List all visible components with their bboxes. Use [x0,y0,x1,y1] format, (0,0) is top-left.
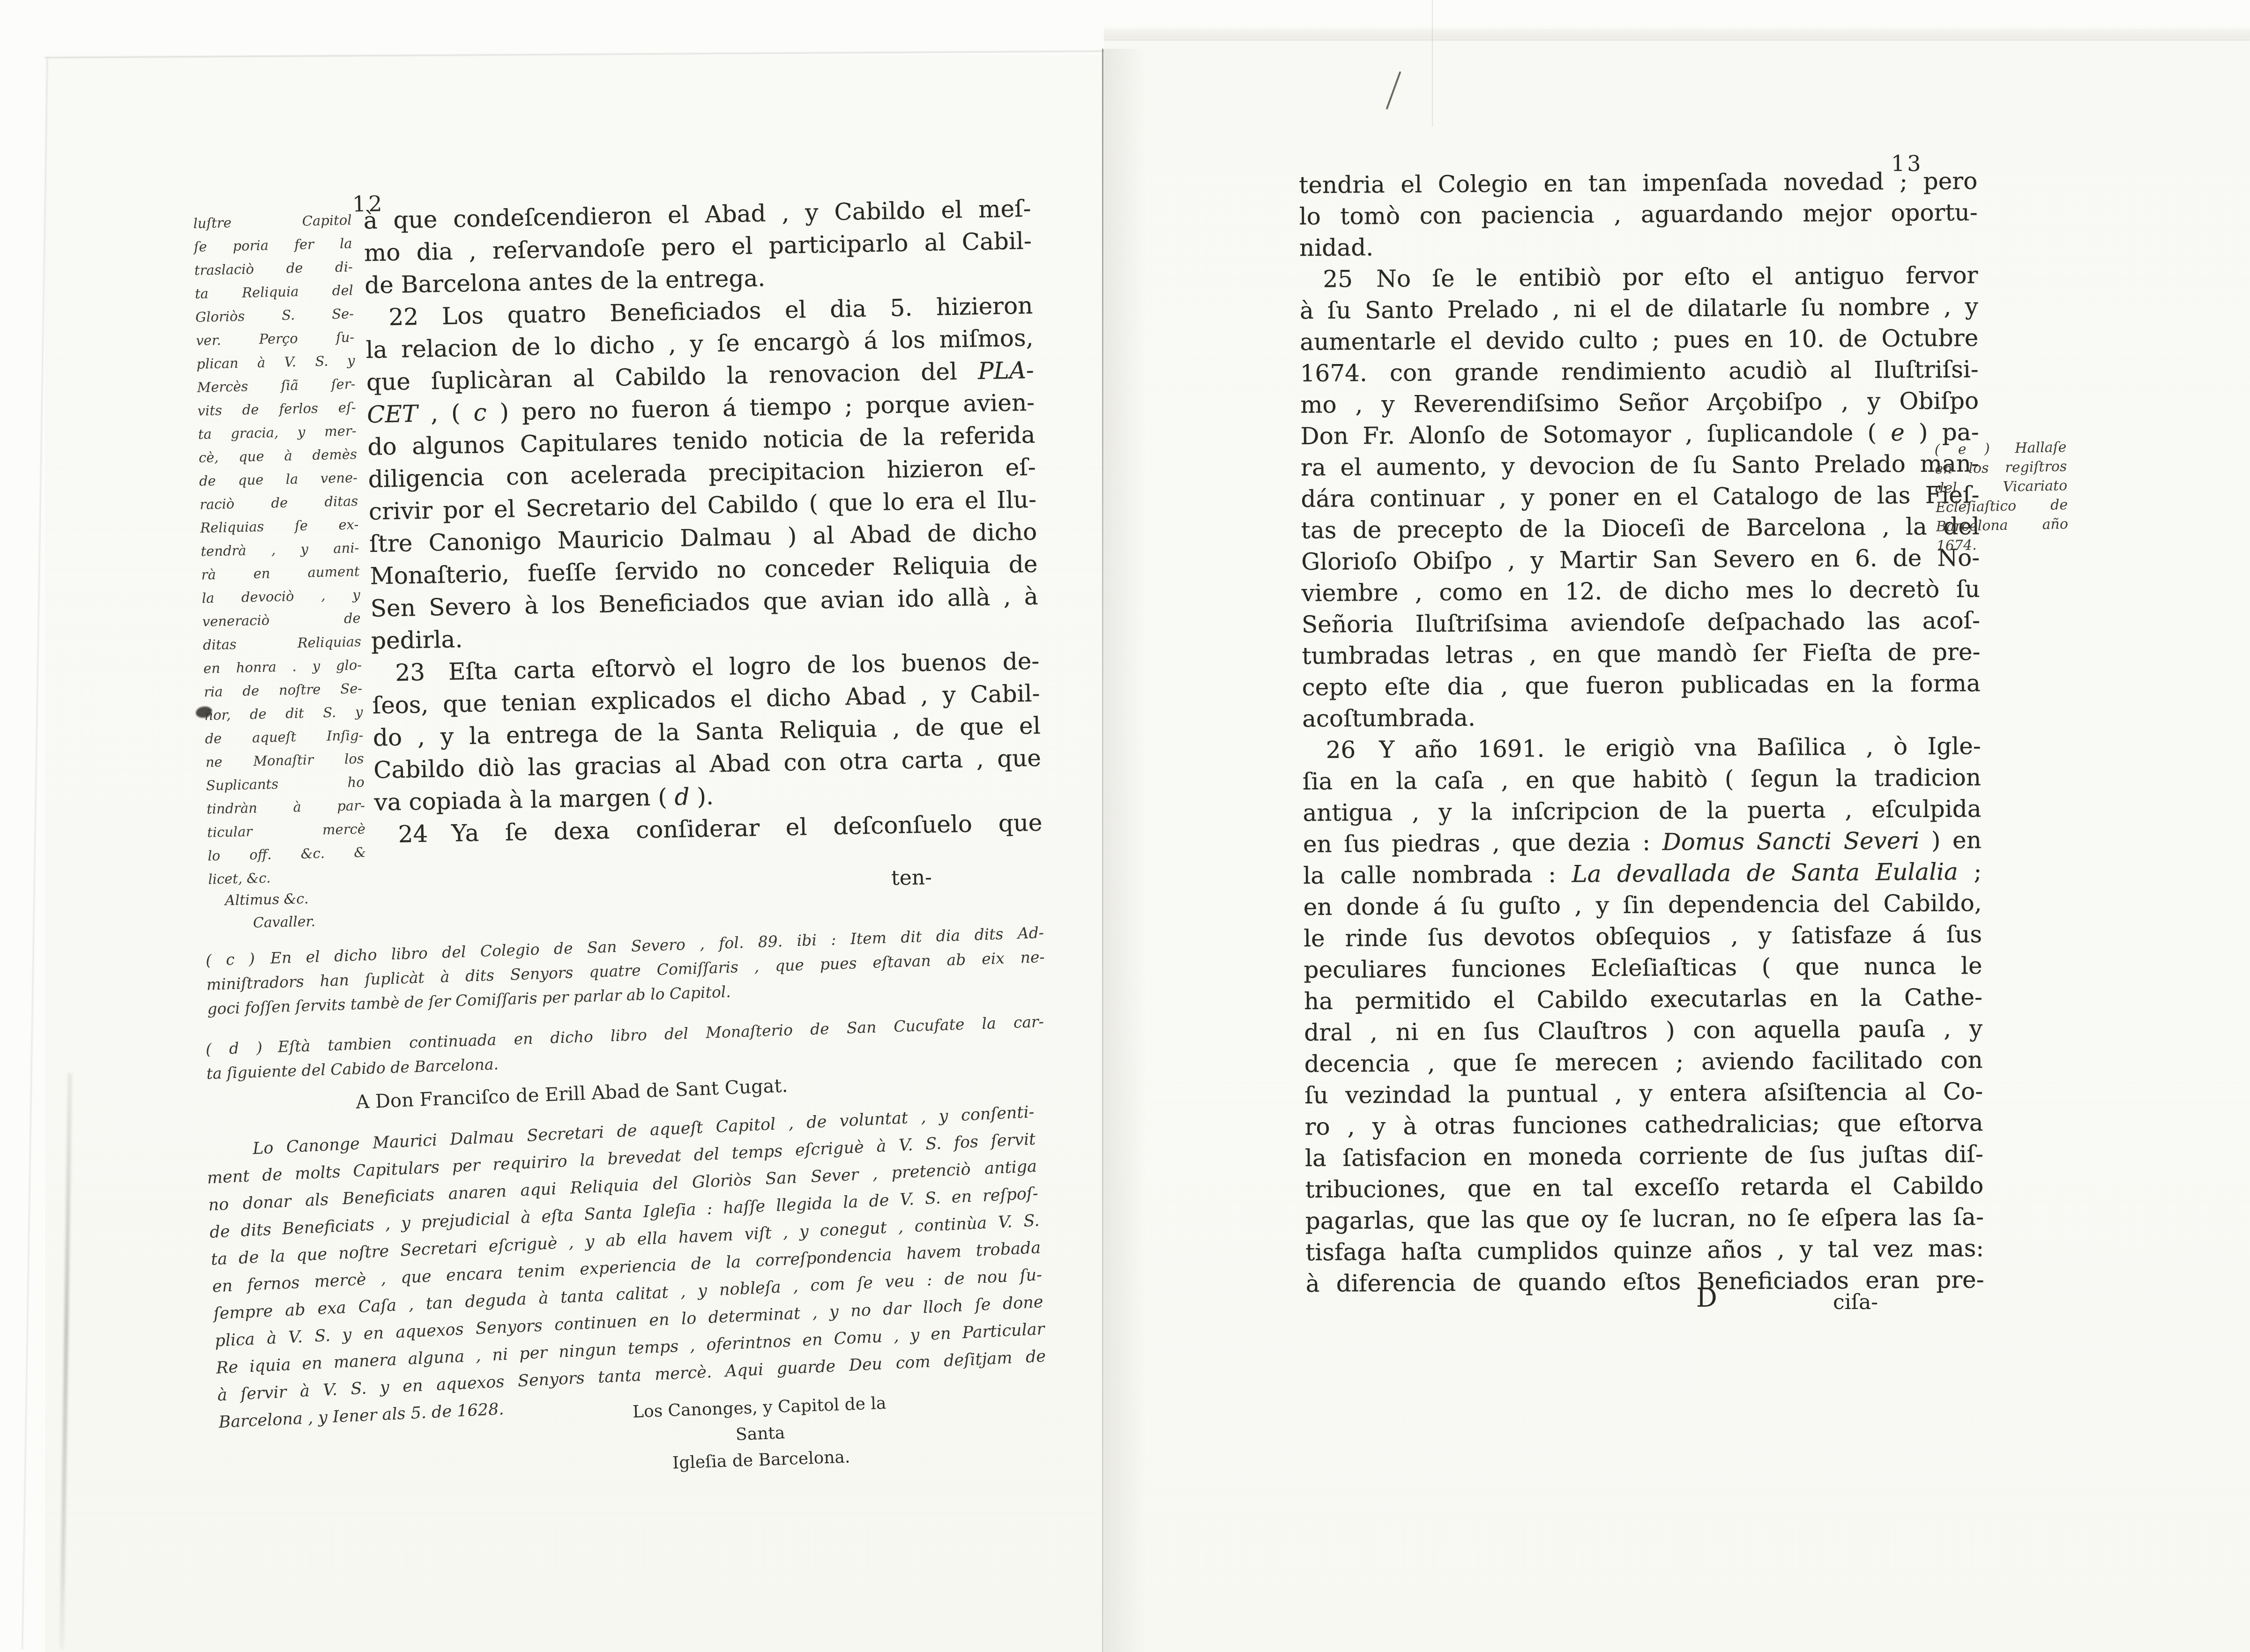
catchword-right: ciſa- [1833,1290,1878,1314]
text-line: 1674. [1936,534,2069,556]
gutter-fold-line [1102,49,1103,1652]
left-page-left-edge [22,59,48,1650]
text-line: Gloriòs S. Se- [195,302,354,329]
right-page-top-band [1104,24,2250,38]
text-line: en ſus piedras , que dezia : Domus Sanct… [1303,825,1982,860]
text-line: plican à V. S. y [196,349,355,376]
text-line: del Vicariato [1935,476,2068,498]
text-line: vits de ferlos eſ- [197,395,356,423]
text-line: de aqueſt Inſig- [205,723,364,751]
text-line: à diferencia de quando eſtos Beneficiado… [1305,1264,1984,1300]
main-text-left: à que condeſcendieron el Abad , y Cabild… [363,193,1043,851]
text-line: peculiares funciones Ecleſiaſticas ( que… [1304,950,1982,986]
main-text-right: tendria el Colegio en tan impenſada nove… [1299,165,1984,1300]
left-page-top-edge [45,51,1104,58]
text-line: Reliquias ſe ex- [200,513,359,540]
text-line: ne Monaſtir los [205,747,364,774]
gathering-signature-mark: D [1696,1283,1717,1313]
text-line: tendrà , y ani- [201,536,359,563]
text-line: viembre , como en 12. de dicho mes lo de… [1301,573,1980,609]
letter-signature: Los Canonges, y Capitol de la SantaIgleſ… [611,1390,909,1479]
text-line: Barcelona año [1936,514,2068,536]
text-line: nidad. [1299,228,1978,264]
text-line: veneraciò de [202,606,361,633]
text-line: cè, que à demès [198,442,357,469]
text-line: raciò de ditas [200,489,358,516]
margin-note-left: luſtre Capitolſe poria fer latraslaciò d… [193,208,367,891]
text-line: la devociò , y [201,583,360,610]
text-line: lo tomò con paciencia , aguardando mejor… [1299,197,1977,232]
text-line: ( e ) Hallaſe [1934,438,2067,460]
scratch-mark [1386,71,1401,110]
book-scan: 12 luſtre Capitolſe poria fer latraslaci… [0,0,2250,1652]
footnote-c: ( c ) En el dicho libro del Colegio de S… [205,921,1046,1021]
text-line: 26 Y año 1691. le erigiò vna Baſilica , … [1302,730,1981,766]
text-line: en honra . y glo- [203,653,362,680]
text-line: licet, &c. [208,864,367,891]
text-line: Los Canonges, y Capitol de la Santa [611,1390,909,1452]
text-line: tindràn à par- [206,794,365,821]
text-line: ſu vezindad la puntual , y entera aſsiſt… [1304,1076,1983,1111]
text-line: Glorioſo Obiſpo , y Martir San Severo en… [1301,542,1980,578]
text-line: à ſu Santo Prelado , ni el de dilatarle … [1300,291,1978,327]
text-line: tendria el Colegio en tan impenſada nove… [1299,165,1977,201]
text-line: de que la vene- [199,466,358,493]
text-line: ha permitido el Cabildo executarlas en l… [1304,982,1982,1017]
text-line: ta Reliquia del [194,278,353,305]
text-line: 25 No ſe le entibiò por eſto el antiguo … [1299,260,1978,295]
margin-note-right: ( e ) Hallaſeen los regiſtrosdel Vicaria… [1934,438,2069,556]
margin-note-closing: Cavaller. [253,913,316,931]
text-line: Ecleſiaſtico de [1936,495,2068,517]
scan-artifact-line [1432,0,1433,127]
left-page-edge-smudge [60,1073,72,1649]
text-line: ro , y à otras funciones cathedralicias;… [1304,1107,1983,1143]
text-line: Suplicants ho [206,770,365,797]
letter-body: Lo Canonge Maurici Dalmau Secretari de a… [205,1099,1048,1436]
text-line: ver. Perço ſu- [196,325,355,352]
text-line: ta gracia, y mer- [198,419,357,446]
text-line: pagarlas, que las que oy ſe lucran, no ſ… [1305,1201,1984,1237]
text-line: aumentarle el devido culto ; pues en 10.… [1300,322,1978,358]
text-line: rà en aument [201,559,360,587]
text-line: en los regiſtros [1935,457,2067,479]
text-line: ticular mercè [207,817,365,844]
text-line: la ſatisfacion en moneda corriente de ſu… [1305,1139,1983,1174]
text-line: Mercès ſiã ſer- [197,372,356,399]
text-line: dral , ni en ſus Clauſtros ) con aquella… [1304,1013,1982,1049]
text-line: luſtre Capitol [193,208,352,235]
text-line: mo , y Reverendiſsimo Señor Arçobiſpo , … [1300,385,1979,421]
text-line: ſia en la caſa , en que habitò ( ſegun l… [1303,762,1981,797]
text-line: le rinde ſus devotos obſequios , y ſatis… [1304,919,1982,954]
text-line: ditas Reliquias [202,630,361,657]
text-line: decencia , que ſe merecen ; aviendo faci… [1304,1044,1982,1080]
text-line: en donde á ſu guſto , y ſin dependencia … [1303,887,1982,923]
text-line: ñor, de dit S. y [204,700,363,727]
text-line: traslaciò de di- [194,255,353,282]
text-line: ſe poria fer la [194,231,352,259]
text-line: antigua , y la inſcripcion de la puerta … [1303,793,1981,829]
text-line: tribuciones, que en tal exceſſo retarda … [1305,1170,1983,1206]
text-line: dára continuar , y poner en el Catalogo … [1301,479,1979,515]
catchword-left: ten- [891,865,932,890]
text-line: ra el aumento, y devocion de ſu Santo Pr… [1301,448,1979,484]
text-line: tas de precepto de la Dioceſi de Barcelo… [1301,511,1980,546]
text-line: Señoria Iluſtriſsima aviendoſe deſpachad… [1302,605,1980,640]
text-line: Don Fr. Alonſo de Sotomayor , ſuplicando… [1300,417,1979,452]
right-page-top-edge [1104,39,2250,40]
text-line: la calle nombrada : La devallada de Sant… [1303,856,1982,892]
text-line: 1674. con grande rendimiento acudiò al I… [1300,354,1978,389]
text-line: tumbradas letras , en que mandò ſer Fieſ… [1302,636,1980,672]
text-line: cepto eſte dia , que fueron publicadas e… [1302,668,1981,703]
gutter-shadow [1104,49,1146,1652]
text-line: ria de noſtre Se- [204,677,363,704]
text-line: lo off. &c. & [208,841,366,868]
margin-note-closing: Altimus &c. [225,891,309,909]
text-line: tisfaga haſta cumplidos quinze años , y … [1305,1233,1984,1268]
text-line: acoſtumbrada. [1302,699,1981,735]
